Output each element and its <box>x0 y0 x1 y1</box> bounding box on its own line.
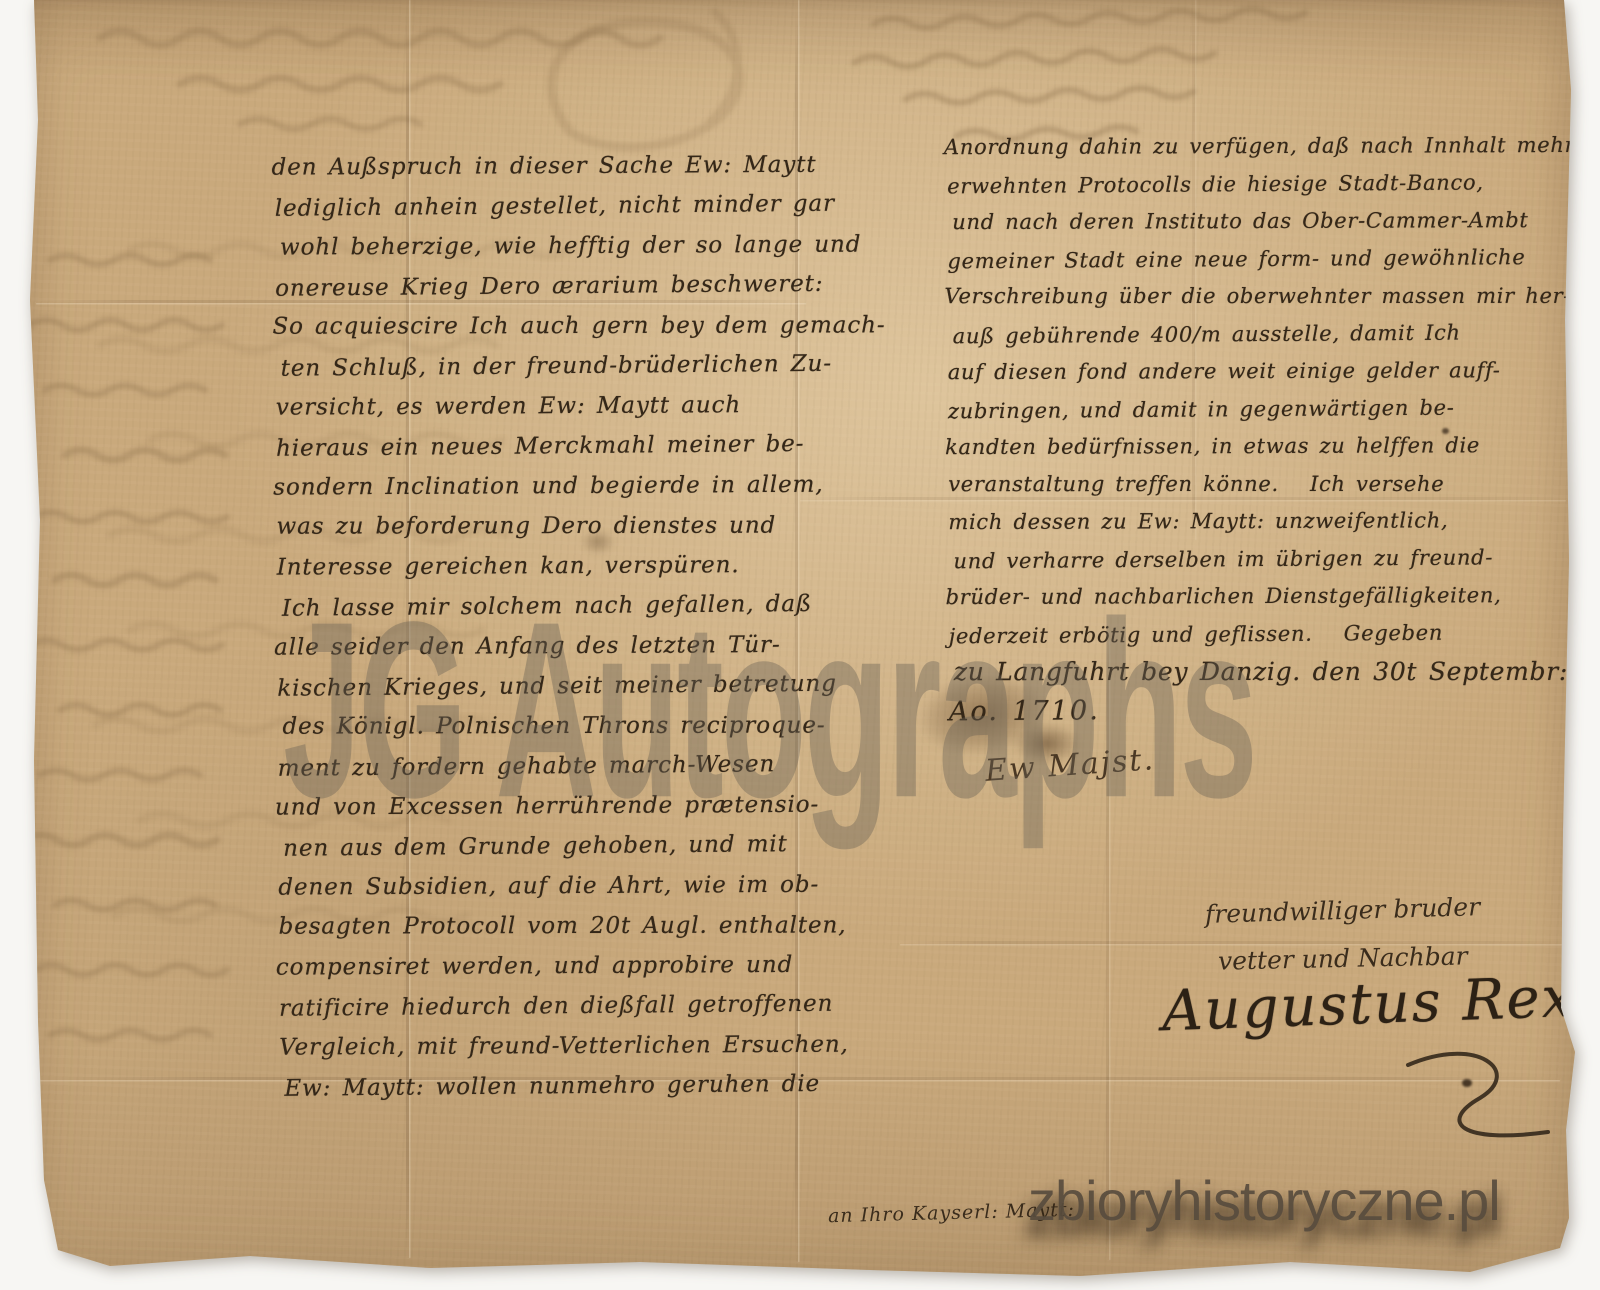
manuscript-line: Ew: Maytt: wollen nunmehro geruhen die <box>284 1063 889 1108</box>
scanned-letter-canvas: den Außspruch in dieser Sache Ew: Mayttl… <box>0 0 1600 1290</box>
manuscript-line: hieraus ein neues Merckmahl meiner be- <box>276 423 886 469</box>
paper-shadow-wrap: den Außspruch in dieser Sache Ew: Mayttl… <box>0 0 1600 1290</box>
manuscript-line: onereuse Krieg Dero ærarium beschweret: <box>275 263 885 309</box>
left-page-text: den Außspruch in dieser Sache Ew: Mayttl… <box>274 144 889 1107</box>
manuscript-line: und von Excessen herrührende prætensio- <box>275 784 888 827</box>
manuscript-line: Interesse gereichen kan, verspüren. <box>277 544 887 587</box>
manuscript-line: veranstaltung treffen könne. Ich versehe <box>948 465 1584 503</box>
manuscript-line: und verharre derselben im übrigen zu fre… <box>953 538 1584 580</box>
manuscript-line: alle seider den Anfang des letzten Tür- <box>274 624 887 667</box>
manuscript-line: mich dessen zu Ew: Maytt: unzweifentlich… <box>948 502 1584 542</box>
manuscript-line: So acquiescire Ich auch gern bey dem gem… <box>272 305 885 346</box>
manuscript-line: Vergleich, mit freund-Vetterlichen Ersuc… <box>279 1024 889 1067</box>
manuscript-line: Ich lasse mir solchem nach gefallen, daß <box>282 583 887 628</box>
manuscript-line: sondern Inclination und begierde in alle… <box>273 464 886 507</box>
bleedthrough-ghost-text-top-left <box>60 8 760 152</box>
manuscript-line: gemeiner Stadt eine neue form- und gewöh… <box>947 238 1583 280</box>
bleedthrough-ghost-flourish <box>500 0 830 159</box>
closing-line-1: freundwilliger bruder <box>1205 892 1481 929</box>
bleedthrough-ghost-text-left-margin <box>10 245 260 1079</box>
manuscript-line: ment zu fordern gehabte march-Wesen <box>278 743 888 789</box>
address-line: an Ihro Kayserl: Maytt: <box>828 1199 1075 1227</box>
manuscript-line: zu Langfuhrt bey Danzig. den 30t Septemb… <box>954 653 1585 691</box>
manuscript-line: auf diesen fond andere weit einige gelde… <box>948 352 1584 392</box>
manuscript-line: kischen Krieges, und seit meiner betretu… <box>277 663 887 709</box>
signature-augustus-rex: Augustus Rex <box>1161 965 1576 1044</box>
right-page-text: Anordnung dahin zu verfügen, daß nach In… <box>947 127 1585 729</box>
signature-flourish <box>1398 1040 1568 1154</box>
manuscript-line: ten Schluß, in der freund-brüderlichen Z… <box>280 343 885 388</box>
manuscript-line: auß gebührende 400/m ausstelle, damit Ic… <box>953 313 1584 355</box>
manuscript-line: zubringen, und damit in gegenwärtigen be… <box>948 388 1584 430</box>
manuscript-line: Ao. 1710. <box>949 688 1585 730</box>
letter-paper: den Außspruch in dieser Sache Ew: Mayttl… <box>0 0 1600 1290</box>
manuscript-line: Anordnung dahin zu verfügen, daß nach In… <box>944 127 1583 167</box>
postscript-scribble: Ew Majst. <box>984 742 1156 789</box>
manuscript-line: lediglich anhein gestellet, nicht minder… <box>275 183 885 229</box>
manuscript-line: wohl beherzige, wie hefftig der so lange… <box>280 224 885 267</box>
fold-crease-horizontal-closing <box>900 941 1568 944</box>
manuscript-line: besagten Protocoll vom 20t Augl. enthalt… <box>279 905 889 946</box>
manuscript-line: und nach deren Instituto das Ober-Cammer… <box>952 202 1583 242</box>
right-page-lines: Anordnung dahin zu verfügen, daß nach In… <box>947 127 1585 729</box>
fold-crease-vertical-right-lower <box>1106 640 1109 1260</box>
manuscript-line: erwehnten Protocolls die hiesige Stadt-B… <box>947 163 1583 205</box>
manuscript-line: kandten bedürfnissen, in etwas zu helffe… <box>945 427 1584 467</box>
manuscript-line: des Königl. Polnischen Throns reciproque… <box>282 705 887 746</box>
manuscript-line: den Außspruch in dieser Sache Ew: Maytt <box>271 144 884 187</box>
manuscript-line: was zu beforderung Dero dienstes und <box>276 505 886 546</box>
manuscript-line: compensiret werden, und approbire und <box>276 944 889 987</box>
manuscript-line: ratificire hiedurch den dießfall getroff… <box>279 983 889 1029</box>
manuscript-line: brüder- und nachbarlichen Dienstgefällig… <box>946 577 1585 617</box>
manuscript-line: Verschreibung über die oberwehnter masse… <box>945 278 1584 316</box>
manuscript-line: versicht, es werden Ew: Maytt auch <box>276 384 886 427</box>
manuscript-line: nen aus dem Grunde gehoben, und mit <box>283 823 888 868</box>
manuscript-line: denen Subsidien, auf die Ahrt, wie im ob… <box>278 864 888 907</box>
left-page-lines: den Außspruch in dieser Sache Ew: Mayttl… <box>274 144 889 1107</box>
manuscript-line: jederzeit erbötig und geflissen. Gegeben <box>949 613 1585 655</box>
